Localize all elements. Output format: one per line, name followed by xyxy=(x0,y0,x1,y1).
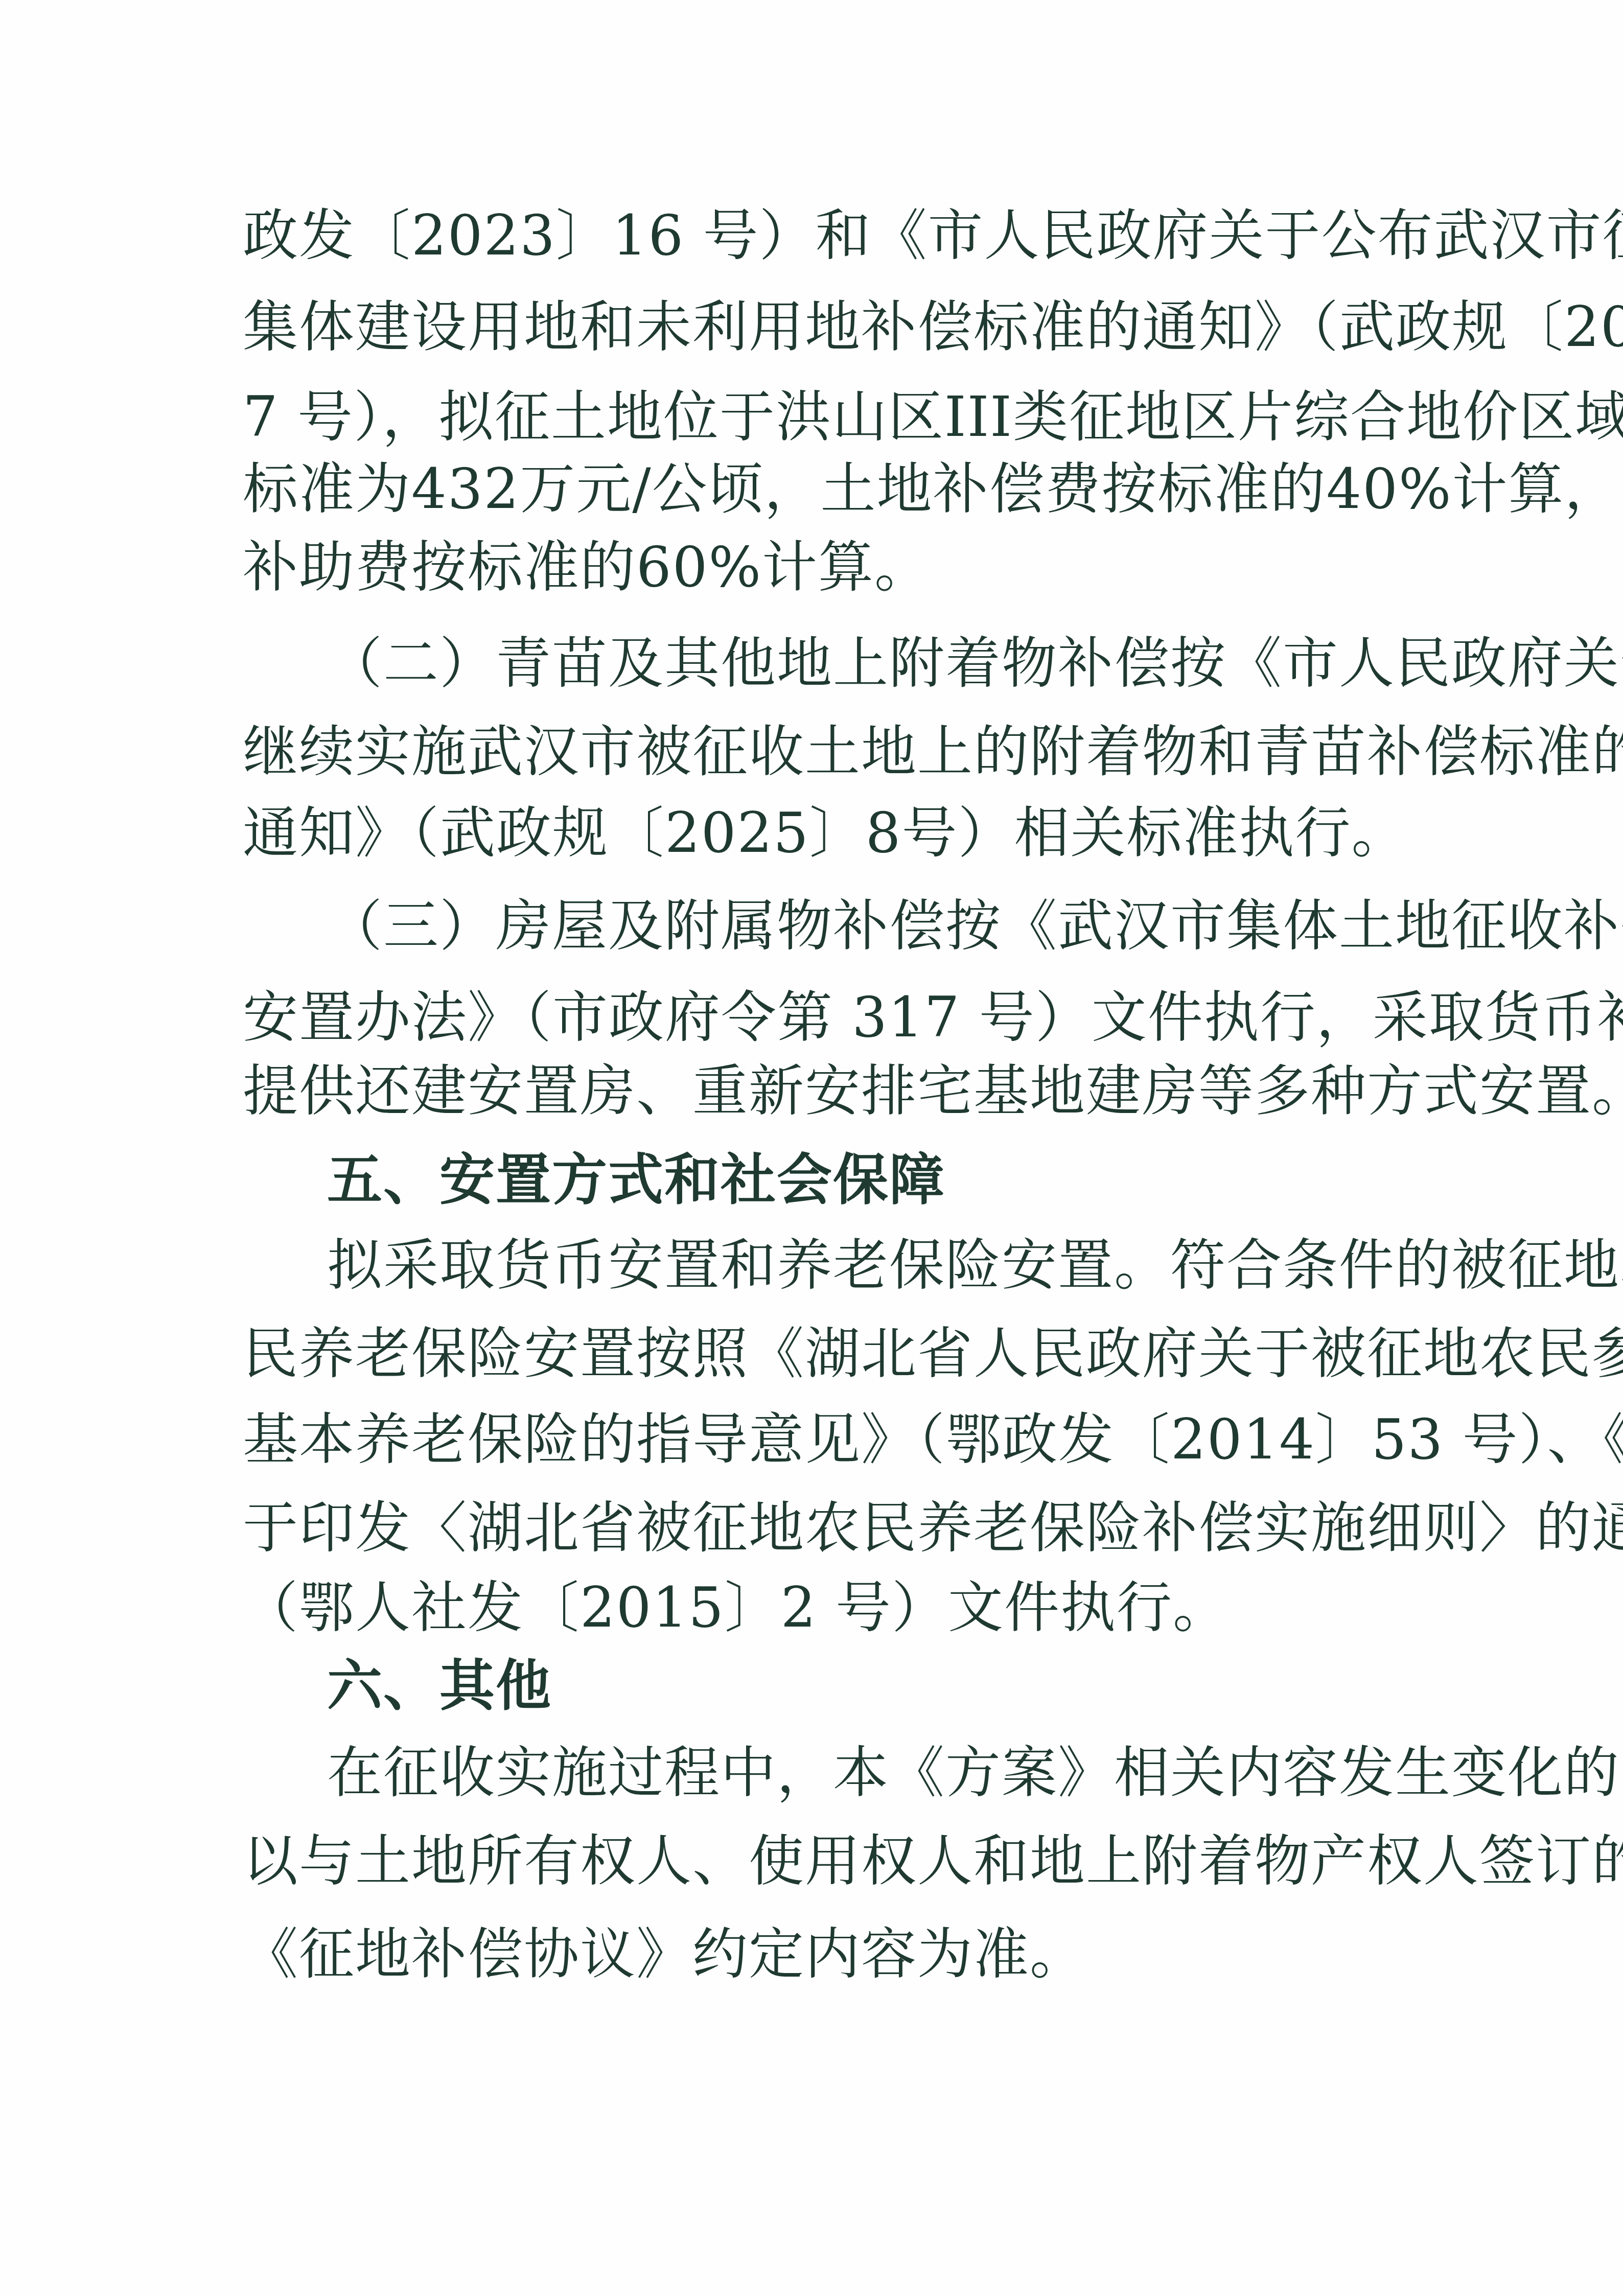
paragraph-line: 通知》（武政规〔2025〕8号）相关标准执行。 xyxy=(243,800,1377,867)
paragraph-line: 以与土地所有权人、使用权人和地上附着物产权人签订的 xyxy=(243,1828,1377,1895)
paragraph-line: 继续实施武汉市被征收土地上的附着物和青苗补偿标准的 xyxy=(243,719,1377,785)
paragraph-line-item-2: （二）青苗及其他地上附着物补偿按《市人民政府关于 xyxy=(327,631,1377,697)
paragraph-line: 《征地补偿协议》约定内容为准。 xyxy=(243,1921,1377,1988)
section-heading-5: 五、安置方式和社会保障 xyxy=(327,1147,945,1214)
paragraph-line: 拟采取货币安置和养老保险安置。符合条件的被征地农 xyxy=(327,1233,1377,1299)
paragraph-line: 标准为432万元/公顷，土地补偿费按标准的40%计算，安置 xyxy=(243,456,1377,523)
paragraph-line: （鄂人社发〔2015〕2 号）文件执行。 xyxy=(243,1575,1377,1641)
paragraph-line: 基本养老保险的指导意见》（鄂政发〔2014〕53 号）、《关 xyxy=(243,1407,1377,1473)
paragraph-line: 补助费按标准的60%计算。 xyxy=(243,535,1377,601)
paragraph-line: 提供还建安置房、重新安排宅基地建房等多种方式安置。 xyxy=(243,1058,1377,1125)
paragraph-line: 集体建设用地和未利用地补偿标准的通知》（武政规〔2024〕 xyxy=(243,294,1377,361)
section-heading-6: 六、其他 xyxy=(327,1653,552,1720)
paragraph-line: 民养老保险安置按照《湖北省人民政府关于被征地农民参加 xyxy=(243,1321,1377,1387)
paragraph-line: 在征收实施过程中，本《方案》相关内容发生变化的， xyxy=(327,1740,1377,1806)
paragraph-line-item-3: （三）房屋及附属物补偿按《武汉市集体土地征收补偿 xyxy=(327,893,1377,960)
document-page: 政发〔2023〕16 号）和《市人民政府关于公布武汉市征收 集体建设用地和未利用… xyxy=(0,0,1623,2296)
paragraph-line: 安置办法》（市政府令第 317 号）文件执行，采取货币补偿、 xyxy=(243,985,1377,1051)
paragraph-line: 政发〔2023〕16 号）和《市人民政府关于公布武汉市征收 xyxy=(243,203,1377,269)
paragraph-line: 7 号），拟征土地位于洪山区III类征地区片综合地价区域， xyxy=(243,384,1377,451)
paragraph-line: 于印发〈湖北省被征地农民养老保险补偿实施细则〉的通知》 xyxy=(243,1495,1377,1562)
